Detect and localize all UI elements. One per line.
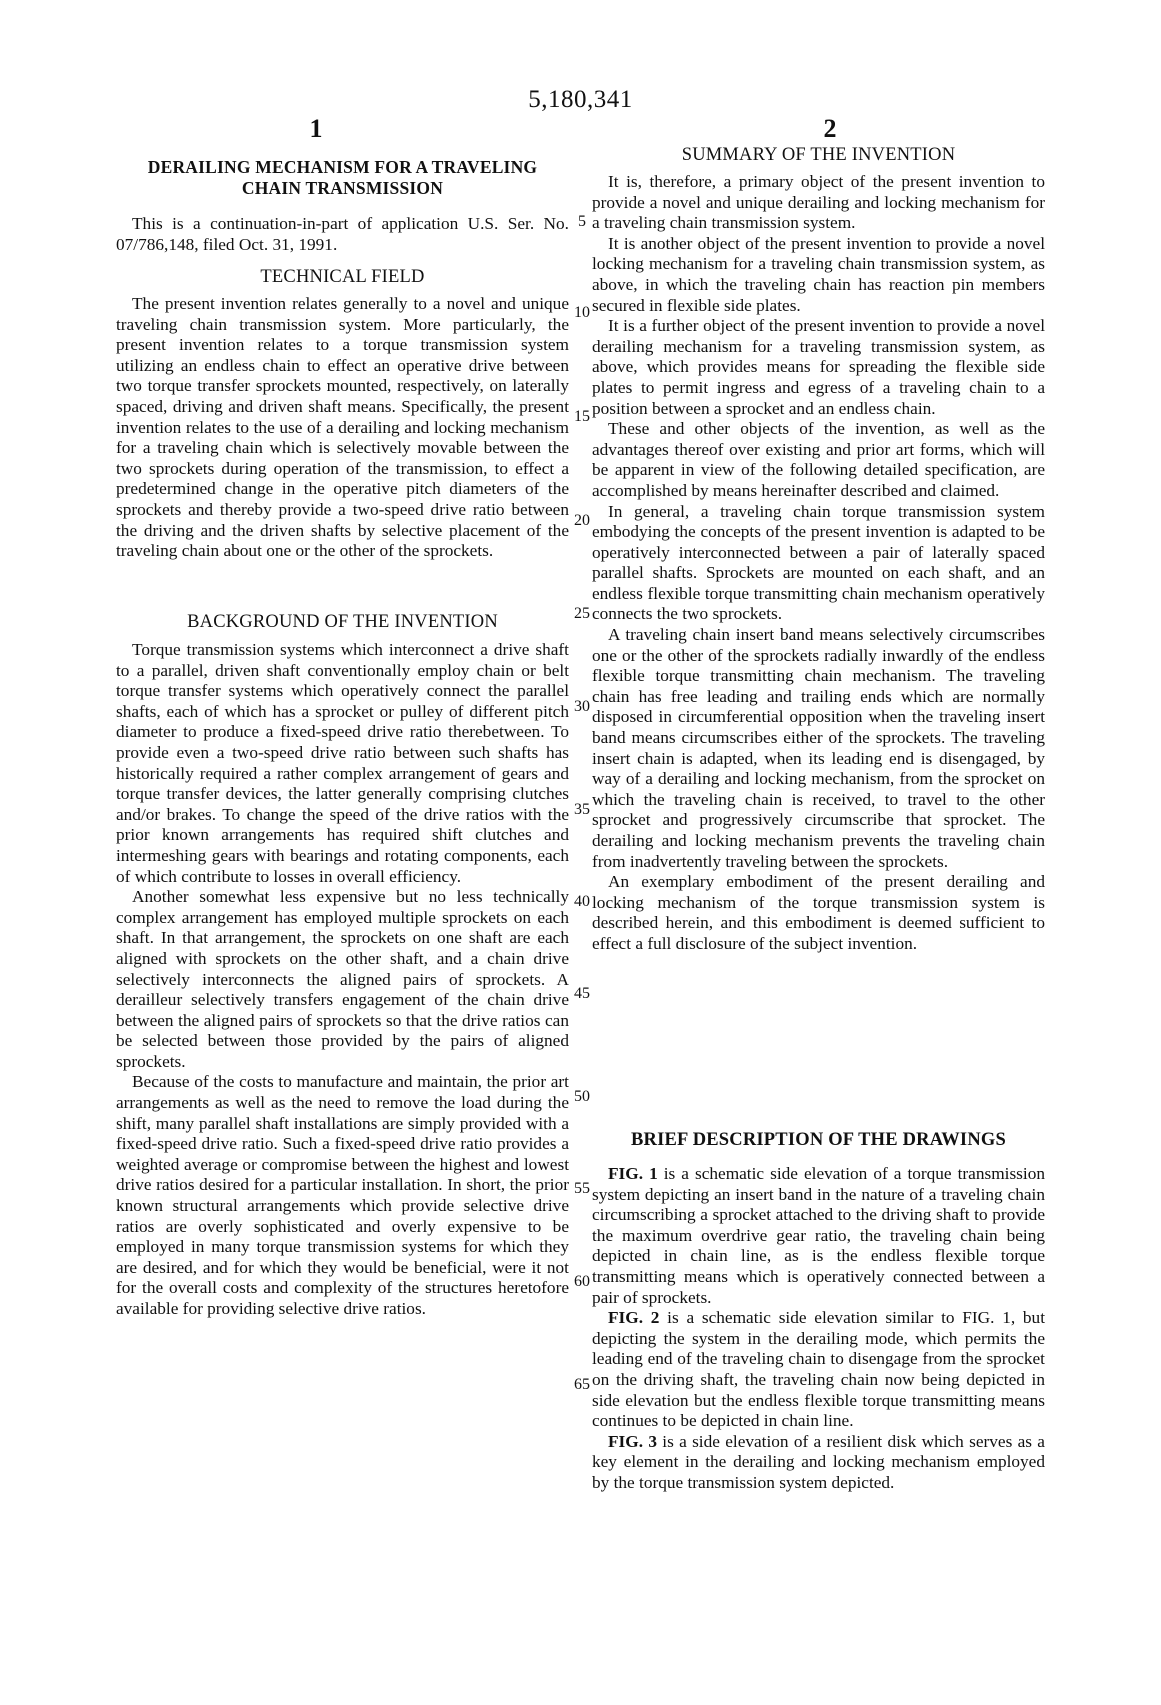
- paragraph: Torque transmission systems which interc…: [116, 640, 569, 887]
- paragraph: It is another object of the present inve…: [592, 234, 1045, 316]
- figure-2-description: FIG. 2 is a schematic side elevation sim…: [592, 1308, 1045, 1432]
- line-number: 50: [570, 1088, 594, 1106]
- line-number: 15: [570, 408, 594, 426]
- line-number: 35: [570, 801, 594, 819]
- paragraph: It is a further object of the present in…: [592, 316, 1045, 419]
- continuation-paragraph: This is a continuation-in-part of applic…: [116, 214, 569, 255]
- column-number-2: 2: [810, 114, 850, 144]
- line-number: 60: [570, 1273, 594, 1291]
- paragraph: Because of the costs to manufacture and …: [116, 1072, 569, 1319]
- continuation-text: This is a continuation-in-part of applic…: [116, 214, 569, 255]
- figure-label: FIG. 1: [608, 1164, 658, 1183]
- technical-field-body: The present invention relates generally …: [116, 294, 569, 562]
- line-number: 30: [570, 698, 594, 716]
- paragraph: It is, therefore, a primary object of th…: [592, 172, 1045, 234]
- figure-label: FIG. 3: [608, 1432, 657, 1451]
- heading-background: BACKGROUND OF THE INVENTION: [116, 612, 569, 633]
- line-number: 25: [570, 605, 594, 623]
- title-line-1: DERAILING MECHANISM FOR A TRAVELING: [116, 157, 569, 178]
- summary-body: It is, therefore, a primary object of th…: [592, 172, 1045, 955]
- line-number: 55: [570, 1180, 594, 1198]
- line-number: 65: [570, 1376, 594, 1394]
- line-number: 20: [570, 512, 594, 530]
- background-body: Torque transmission systems which interc…: [116, 640, 569, 1320]
- paragraph: A traveling chain insert band means sele…: [592, 625, 1045, 872]
- paragraph: An exemplary embodiment of the present d…: [592, 872, 1045, 954]
- line-number: 5: [570, 213, 594, 231]
- column-number-1: 1: [296, 114, 336, 144]
- line-number: 40: [570, 893, 594, 911]
- document-title: DERAILING MECHANISM FOR A TRAVELING CHAI…: [116, 157, 569, 199]
- heading-drawings: BRIEF DESCRIPTION OF THE DRAWINGS: [592, 1130, 1045, 1151]
- title-line-2: CHAIN TRANSMISSION: [116, 178, 569, 199]
- figure-1-description: FIG. 1 is a schematic side elevation of …: [592, 1164, 1045, 1308]
- heading-technical-field: TECHNICAL FIELD: [116, 267, 569, 288]
- figure-text: is a schematic side elevation of a torqu…: [592, 1164, 1045, 1307]
- paragraph: In general, a traveling chain torque tra…: [592, 502, 1045, 626]
- line-number: 45: [570, 985, 594, 1003]
- figure-text: is a schematic side elevation similar to…: [592, 1308, 1045, 1430]
- line-number: 10: [570, 304, 594, 322]
- figure-text: is a side elevation of a resilient disk …: [592, 1432, 1045, 1492]
- paragraph: The present invention relates generally …: [116, 294, 569, 562]
- heading-summary: SUMMARY OF THE INVENTION: [592, 145, 1045, 166]
- patent-number: 5,180,341: [0, 86, 1161, 114]
- paragraph: These and other objects of the invention…: [592, 419, 1045, 501]
- paragraph: Another somewhat less expensive but no l…: [116, 887, 569, 1072]
- figure-label: FIG. 2: [608, 1308, 659, 1327]
- figure-3-description: FIG. 3 is a side elevation of a resilien…: [592, 1432, 1045, 1494]
- drawings-body: FIG. 1 is a schematic side elevation of …: [592, 1164, 1045, 1494]
